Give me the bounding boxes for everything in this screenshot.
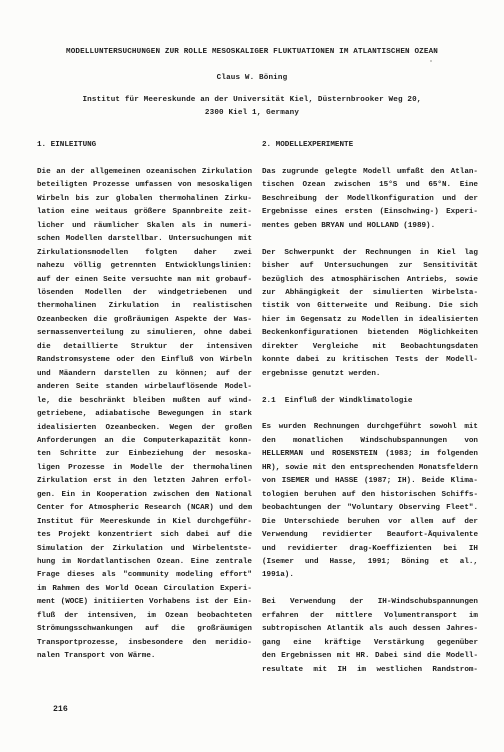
text-line: nahezu völlig getrennten Entwicklungslin… [37, 260, 252, 273]
text-line: beteiligten Prozesse umfassen von mesosk… [37, 179, 252, 192]
text-line: Ergebnisse eines ersten (Einschwing-) Ex… [262, 206, 478, 219]
text-line: hung im Nordatlantischen Ozean. Eine zen… [37, 556, 252, 569]
paragraph: Die an der allgemeinen ozeanischen Zirku… [37, 166, 252, 664]
text-line: bezüglich des atmosphärischen Antriebs, … [262, 274, 478, 287]
text-line: Verwendung revidierter Beaufort-Äquivale… [262, 529, 478, 542]
text-line: hier im Gegensatz zu Modellen in idealis… [262, 314, 478, 327]
text-line: lösenden Modellen der windgetriebenen un… [37, 287, 252, 300]
text-line: tologien beruhen auf den historischen Sc… [262, 489, 478, 502]
paragraph: Das zugrunde gelegte Modell umfaßt den A… [262, 166, 478, 233]
text-line: Das zugrunde gelegte Modell umfaßt den A… [262, 166, 478, 179]
text-line: Die an der allgemeinen ozeanischen Zirku… [37, 166, 252, 179]
author-name: Claus W. Böning [0, 74, 504, 82]
text-line: HELLERMAN und ROSENSTEIN (1983; im folge… [262, 448, 478, 461]
section-heading: 2. MODELLEXPERIMENTE [262, 139, 478, 152]
text-line: gen. Ein in Kooperation zwischen dem Nat… [37, 489, 252, 502]
text-line: tistik von Gitterweite und Reibung. Die … [262, 300, 478, 313]
text-line: mentes geben BRYAN und HOLLAND (1989). [262, 220, 478, 233]
section-heading: 1. EINLEITUNG [37, 139, 252, 152]
text-line: subtropischen Atlantik als auch dessen J… [262, 623, 478, 636]
text-line: direkter Vergleiche mit Beobachtungsdate… [262, 341, 478, 354]
text-line: und revidierter drag-Koeffizienten bei I… [262, 543, 478, 556]
text-line: le, die beschränkt bleiben mußten auf wi… [37, 395, 252, 408]
text-line: konnte dabei zu kritischen Tests der Mod… [262, 354, 478, 367]
paragraph: Der Schwerpunkt der Rechnungen in Kiel l… [262, 247, 478, 382]
text-line: Anforderungen an die Computerkapazität k… [37, 435, 252, 448]
paragraph: Es wurden Rechnungen durchgeführt sowohl… [262, 421, 478, 582]
text-line: nalen Transport von Wärme. [37, 650, 252, 663]
text-line: Zirkulation erst in den letzten Jahren e… [37, 475, 252, 488]
text-line: Strömungsschwankungen auf die großräumig… [37, 623, 252, 636]
scan-speck [395, 618, 397, 620]
text-line: ment (WOCE) initiierten Vorhabens ist de… [37, 596, 252, 609]
text-line: Beschreibung der Modellkonfiguration und… [262, 193, 478, 206]
text-line: Beckenkonfigurationen bietenden Möglichk… [262, 327, 478, 340]
text-line: Wirbeln bis zur globalen thermohalinen Z… [37, 193, 252, 206]
text-line: thermohalinen Zirkulation in realistisch… [37, 300, 252, 313]
text-line: tischen Ozean zwischen 15°S und 65°N. Ei… [262, 179, 478, 192]
left-column: 1. EINLEITUNGDie an der allgemeinen ozea… [37, 139, 252, 690]
text-line: zur Abhängigkeit der simulierten Wirbels… [262, 287, 478, 300]
paragraph: Bei Verwendung der IH-Windschubspannunge… [262, 596, 478, 677]
text-line: Randstromsysteme oder den Einfluß von Wi… [37, 354, 252, 367]
text-line: Der Schwerpunkt der Rechnungen in Kiel l… [262, 247, 478, 260]
right-column: 2. MODELLEXPERIMENTEDas zugrunde gelegte… [262, 139, 478, 690]
text-line: 1991a). [262, 569, 478, 582]
text-line: beobachtungen der "Voluntary Observing F… [262, 502, 478, 515]
text-line: lation eine weitaus größere Spannbreite … [37, 206, 252, 219]
text-line: von ISEMER und HASSE (1987; IH). Beide K… [262, 475, 478, 488]
text-line: auf der einen Seite versuchte man mit gr… [37, 274, 252, 287]
text-line: (Isemer und Hasse, 1991; Böning et al., [262, 556, 478, 569]
text-line: Ozeanbecken die großräumigen Aspekte der… [37, 314, 252, 327]
text-line: erfahren der mittlere Volumentransport i… [262, 610, 478, 623]
text-line: die detaillierte Struktur der intensiven [37, 341, 252, 354]
section-heading: 2.1 Einfluß der Windklimatologie [262, 395, 478, 408]
text-line: Institut für Meereskunde in Kiel durchge… [37, 516, 252, 529]
text-line: tes Projekt konzentriert sich dabei auf … [37, 529, 252, 542]
text-line: den monatlichen Windschubspannungen von [262, 435, 478, 448]
scan-speck [430, 60, 432, 62]
text-line: Simulation der Zirkulation und Wirbelent… [37, 543, 252, 556]
text-line: Die Unterschiede beruhen vor allem auf d… [262, 516, 478, 529]
page-number: 216 [53, 705, 68, 714]
text-line: resultate mit IH im westlichen Randstrom… [262, 664, 478, 677]
document-page: MODELLUNTERSUCHUNGEN ZUR ROLLE MESOSKALI… [0, 0, 504, 752]
text-line: im Rahmen des World Ocean Circulation Ex… [37, 583, 252, 596]
text-line: idealisierten Ozeanbecken. Wegen der gro… [37, 422, 252, 435]
affiliation-line-1: Institut für Meereskunde an der Universi… [0, 96, 504, 104]
text-line: Bei Verwendung der IH-Windschubspannunge… [262, 596, 478, 609]
text-line: getriebene, adiabatische Bewegungen in s… [37, 408, 252, 421]
text-line: ergebnisse genutzt werden. [262, 368, 478, 381]
text-line: und Mäandern darstellen zu können; auf d… [37, 368, 252, 381]
text-line: fluß der intensiven, im Ozean beobachtet… [37, 610, 252, 623]
text-line: bisher auf Untersuchungen zur Sensitivit… [262, 260, 478, 273]
affiliation-line-2: 2300 Kiel 1, Germany [0, 109, 504, 117]
text-line: ten Schritte zur Einbeziehung der mesosk… [37, 448, 252, 461]
paper-title: MODELLUNTERSUCHUNGEN ZUR ROLLE MESOSKALI… [0, 48, 504, 56]
page-body: 1. EINLEITUNGDie an der allgemeinen ozea… [37, 139, 478, 690]
text-line: ligen Prozesse in Modelle der thermohali… [37, 462, 252, 475]
text-line: licher und räumlicher Skalen als in nume… [37, 220, 252, 233]
text-line: Frage dieses als "community modeling eff… [37, 569, 252, 582]
text-line: schen Modellen darstellbar. Untersuchung… [37, 233, 252, 246]
text-line: anderen Seite standen wirbelauflösende M… [37, 381, 252, 394]
text-line: sermassenverteilung zu simulieren, ohne … [37, 327, 252, 340]
text-line: Es wurden Rechnungen durchgeführt sowohl… [262, 421, 478, 434]
text-line: HR), sowie mit den entsprechenden Monats… [262, 462, 478, 475]
text-line: gang eine kräftige Verstärkung gegenüber [262, 637, 478, 650]
text-line: Center for Atmospheric Research (NCAR) u… [37, 502, 252, 515]
text-line: Zirkulationsmodellen folgten daher zwei [37, 247, 252, 260]
text-line: Transportprozesse, insbesondere den meri… [37, 637, 252, 650]
text-line: den Ergebnissen mit HR. Dabei sind die M… [262, 650, 478, 663]
